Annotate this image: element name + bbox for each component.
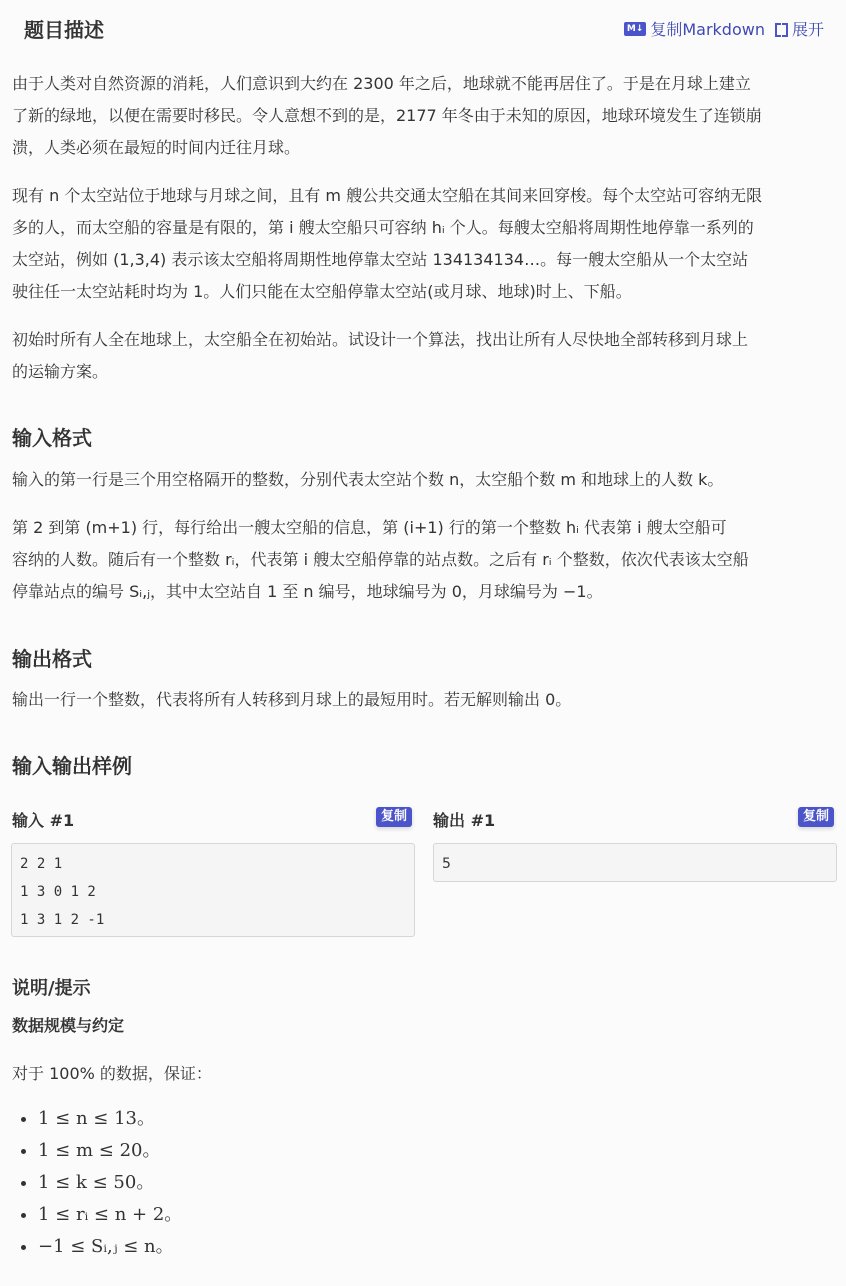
sample-output-box[interactable]: 5 <box>433 843 837 882</box>
input-format-paragraph-2: 第 2 到第 (m+1) 行，每行给出一艘太空船的信息，第 (i+1) 行的第一… <box>12 512 824 608</box>
copy-markdown-label: 复制Markdown <box>650 17 765 40</box>
copy-output-button[interactable]: 复制 <box>798 807 834 827</box>
hint-subtitle: 数据规模与约定 <box>12 1013 124 1036</box>
text-line: 现有 n 个太空站位于地球与月球之间，且有 m 艘公共交通太空船在其间来回穿梭。… <box>12 186 762 205</box>
output-format-title: 输出格式 <box>12 643 92 672</box>
text-line: 停靠站点的编号 Sᵢ,ⱼ，其中太空站自 1 至 n 编号，地球编号为 0，月球编… <box>12 582 603 601</box>
description-paragraph-3: 初始时所有人全在地球上，太空船全在初始站。试设计一个算法，找出让所有人尽快地全部… <box>12 324 824 388</box>
text-line: 驶往任一太空站耗时均为 1。人们只能在太空船停靠太空站(或月球、地球)时上、下船… <box>12 282 632 301</box>
input-format-title: 输入格式 <box>12 422 92 451</box>
header-actions: M↓ 复制Markdown 展开 <box>624 17 824 40</box>
expand-label: 展开 <box>792 17 824 40</box>
text-line: 太空站，例如 (1,3,4) 表示该太空船将周期性地停靠太空站 13413413… <box>12 250 748 269</box>
text-line: 初始时所有人全在地球上，太空船全在初始站。试设计一个算法，找出让所有人尽快地全部… <box>12 330 748 349</box>
text-line: 输入的第一行是三个用空格隔开的整数，分别代表太空站个数 n，太空船个数 m 和地… <box>12 470 723 489</box>
sample-input-box[interactable]: 2 2 1 1 3 0 1 2 1 3 1 2 -1 <box>11 843 415 937</box>
page-title: 题目描述 <box>24 14 104 43</box>
copy-markdown-button[interactable]: M↓ 复制Markdown <box>624 17 765 40</box>
expand-button[interactable]: 展开 <box>775 17 824 40</box>
constraint-item: 1 ≤ n ≤ 13。 <box>38 1103 182 1135</box>
copy-input-button[interactable]: 复制 <box>376 807 412 827</box>
hint-title: 说明/提示 <box>12 974 91 1000</box>
text-line: 多的人，而太空船的容量是有限的，第 i 艘太空船只可容纳 hᵢ 个人。每艘太空船… <box>12 218 754 237</box>
constraint-item: 1 ≤ rᵢ ≤ n + 2。 <box>38 1199 182 1231</box>
sample-input-label: 输入 #1 <box>12 808 74 831</box>
constraint-item: −1 ≤ Sᵢ,ⱼ ≤ n。 <box>38 1231 182 1263</box>
sample-output-label: 输出 #1 <box>433 808 495 831</box>
markdown-icon: M↓ <box>624 22 647 36</box>
expand-icon <box>775 23 788 35</box>
description-paragraph-1: 由于人类对自然资源的消耗，人们意识到大约在 2300 年之后，地球就不能再居住了… <box>12 68 824 164</box>
constraints-list: 1 ≤ n ≤ 13。 1 ≤ m ≤ 20。 1 ≤ k ≤ 50。 1 ≤ … <box>12 1103 182 1263</box>
text-line: 容纳的人数。随后有一个整数 rᵢ，代表第 i 艘太空船停靠的站点数。之后有 rᵢ… <box>12 550 749 569</box>
header-bar: 题目描述 M↓ 复制Markdown 展开 <box>12 0 834 56</box>
constraint-item: 1 ≤ k ≤ 50。 <box>38 1167 182 1199</box>
problem-page: 题目描述 M↓ 复制Markdown 展开 由于人类对自然资源的消耗，人们意识到… <box>0 0 846 56</box>
text-line: 溃，人类必须在最短的时间内迁往月球。 <box>12 138 300 157</box>
hint-intro: 对于 100% 的数据，保证： <box>12 1058 824 1090</box>
text-line: 对于 100% 的数据，保证： <box>12 1064 212 1083</box>
constraint-item: 1 ≤ m ≤ 20。 <box>38 1135 182 1167</box>
text-line: 了新的绿地，以便在需要时移民。令人意想不到的是，2177 年冬由于未知的原因，地… <box>12 106 762 125</box>
input-format-paragraph-1: 输入的第一行是三个用空格隔开的整数，分别代表太空站个数 n，太空船个数 m 和地… <box>12 464 824 496</box>
text-line: 第 2 到第 (m+1) 行，每行给出一艘太空船的信息，第 (i+1) 行的第一… <box>12 518 727 537</box>
text-line: 由于人类对自然资源的消耗，人们意识到大约在 2300 年之后，地球就不能再居住了… <box>12 74 751 93</box>
output-format-paragraph: 输出一行一个整数，代表将所有人转移到月球上的最短用时。若无解则输出 0。 <box>12 684 824 716</box>
text-line: 输出一行一个整数，代表将所有人转移到月球上的最短用时。若无解则输出 0。 <box>12 690 571 709</box>
text-line: 的运输方案。 <box>12 362 108 381</box>
samples-title: 输入输出样例 <box>12 750 132 779</box>
description-paragraph-2: 现有 n 个太空站位于地球与月球之间，且有 m 艘公共交通太空船在其间来回穿梭。… <box>12 180 824 308</box>
